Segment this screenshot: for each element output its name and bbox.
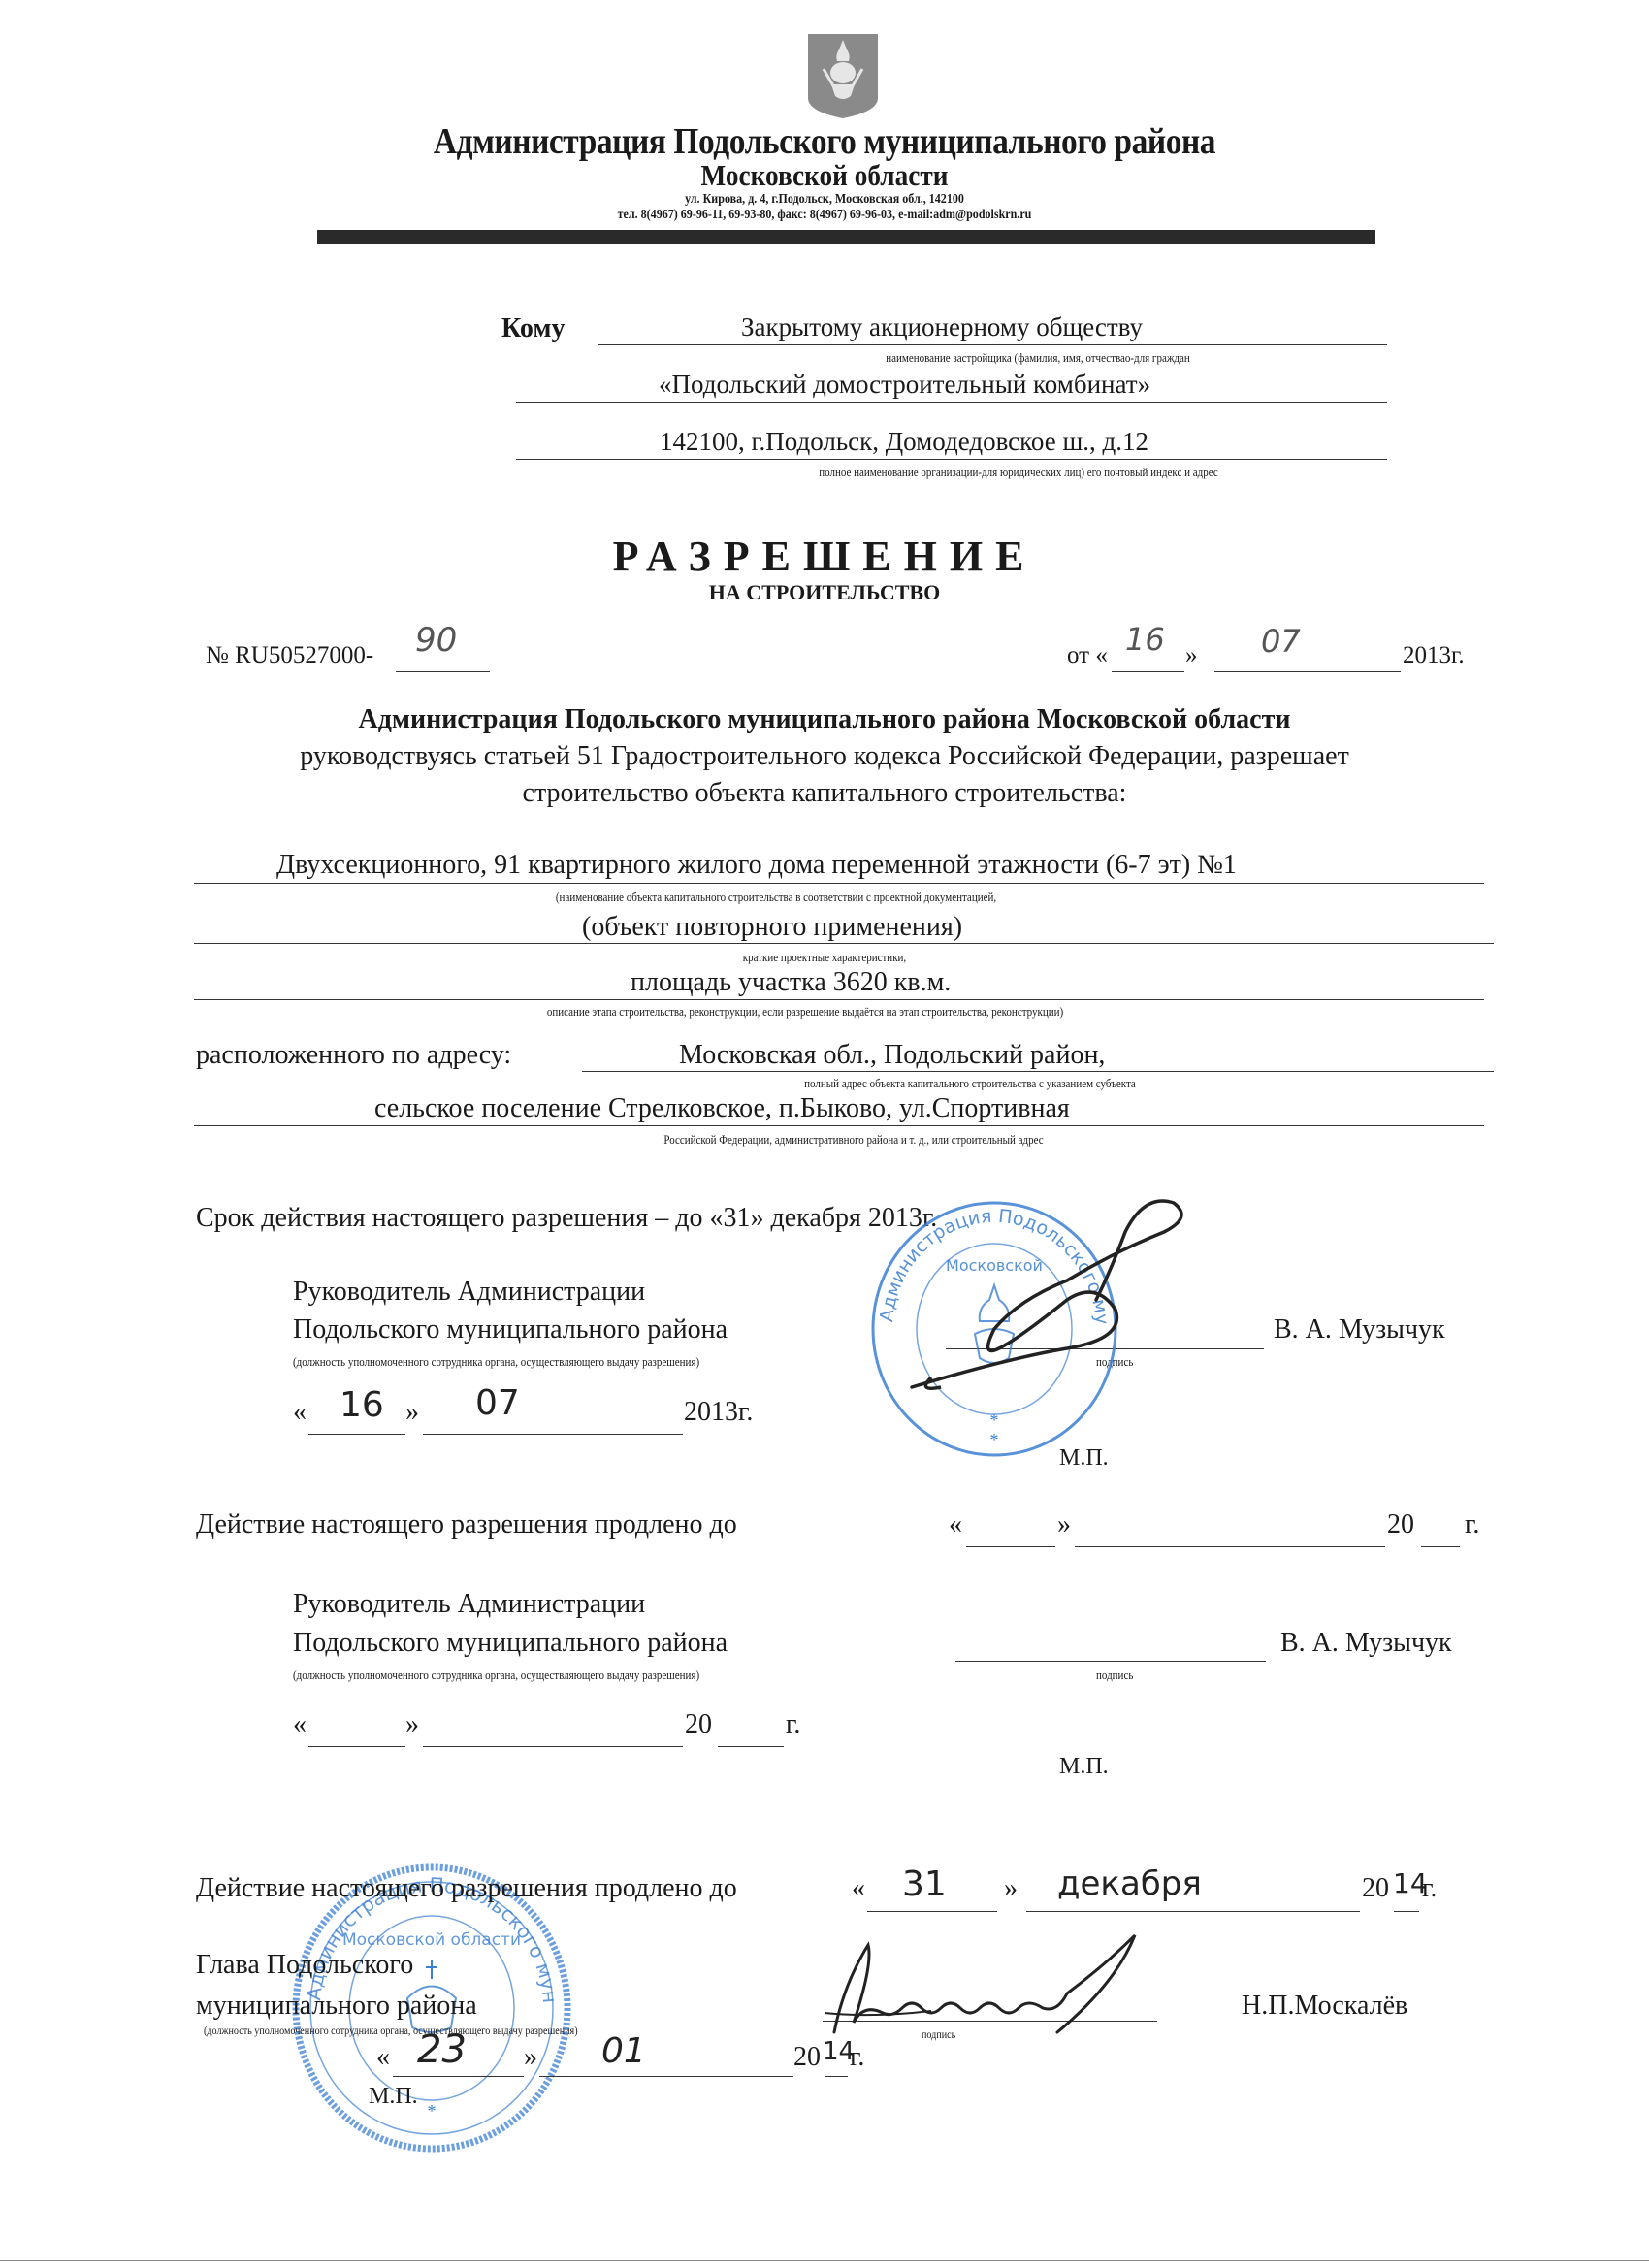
sig1-date-day: 16 bbox=[339, 1385, 384, 1425]
validity-text: Срок действия настоящего разрешения – до… bbox=[196, 1203, 937, 1234]
ext1-position-caption: (должность уполномоченного сотрудника ор… bbox=[293, 1669, 699, 1683]
permit-date-mid: » bbox=[1185, 642, 1198, 669]
object-area: площадь участка 3620 кв.м. bbox=[630, 967, 951, 998]
sig1-position-line1: Руководитель Администрации bbox=[293, 1277, 645, 1308]
ext1-year-prefix: 20 bbox=[1387, 1509, 1414, 1540]
permit-date-year: 2013г. bbox=[1403, 642, 1465, 669]
ext2-year-underline bbox=[1394, 1911, 1419, 1912]
letterhead-address: ул. Кирова, д. 4, г.Подольск, Московская… bbox=[115, 192, 1534, 208]
permit-date-month: 07 bbox=[1261, 623, 1301, 660]
object-address1-underline bbox=[582, 1071, 1494, 1072]
document-title: РАЗРЕШЕНИЕ bbox=[0, 532, 1649, 581]
ext2-signer-name: Н.П.Москалёв bbox=[1242, 1991, 1407, 2022]
ext2-date-open: « bbox=[852, 1873, 865, 1904]
svg-text:*: * bbox=[428, 2101, 436, 2121]
object-address1: Московская обл., Подольский район, bbox=[679, 1040, 1105, 1071]
ext1-sign-date-month-field[interactable] bbox=[423, 1746, 683, 1747]
permit-number-handwritten: 90 bbox=[415, 621, 457, 660]
ext2-date-month: декабря bbox=[1057, 1864, 1202, 1903]
ext1-date-day-field[interactable] bbox=[966, 1546, 1055, 1547]
handwritten-signature-2 bbox=[815, 1926, 1203, 2061]
sig1-date-year: 2013г. bbox=[684, 1397, 753, 1428]
ext1-sign-date-open: « bbox=[293, 1709, 307, 1740]
sig1-date-close: » bbox=[405, 1397, 419, 1428]
ext2-position-caption: (должность уполномоченного сотрудника ор… bbox=[204, 2025, 578, 2037]
object-area-underline bbox=[194, 999, 1484, 1000]
permit-number-prefix: № RU50527000- bbox=[206, 642, 373, 669]
object-name-caption: (наименование объекта капитального строи… bbox=[349, 891, 1203, 905]
letterhead-title: Администрация Подольского муниципального… bbox=[99, 120, 1550, 163]
recipient-line3-underline bbox=[516, 459, 1387, 460]
svg-text:*: * bbox=[990, 1430, 999, 1449]
sig1-signer-name: В. А. Музычук bbox=[1274, 1314, 1445, 1345]
ext1-sign-year-suffix: г. bbox=[786, 1709, 800, 1740]
ext1-sign-date-day-field[interactable] bbox=[308, 1746, 405, 1747]
recipient-line1-underline bbox=[598, 344, 1387, 345]
object-address2: сельское поселение Стрелковское, п.Быков… bbox=[374, 1093, 1070, 1124]
ext2-sign-date-open: « bbox=[376, 2042, 390, 2073]
permit-number-underline bbox=[396, 671, 490, 672]
sig1-position-caption: (должность уполномоченного сотрудника ор… bbox=[293, 1355, 699, 1370]
object-characteristics: (объект повторного применения) bbox=[582, 912, 962, 943]
ext2-sign-year-underline bbox=[824, 2076, 848, 2077]
ext2-date-month-underline bbox=[1026, 1911, 1360, 1912]
permit-date-day-underline bbox=[1112, 671, 1184, 672]
recipient-line2: «Подольский домостроительный комбинат» bbox=[659, 370, 1150, 400]
object-characteristics-caption: краткие проектные характеристики, bbox=[526, 951, 1123, 965]
ext2-position-line2: муниципального района bbox=[196, 1991, 477, 2022]
ext1-date-open: « bbox=[949, 1509, 962, 1540]
permit-date-prefix: от « bbox=[1067, 642, 1108, 669]
permit-date-day: 16 bbox=[1125, 621, 1165, 658]
letterhead-divider bbox=[317, 230, 1375, 244]
ext2-year-suffix: г. bbox=[1422, 1873, 1437, 1904]
page-bottom-edge bbox=[0, 2260, 1649, 2261]
svg-text:Московской области: Московской области bbox=[342, 1930, 521, 1950]
issuing-authority: Администрация Подольского муниципального… bbox=[0, 704, 1649, 735]
letterhead-subtitle: Московской области bbox=[99, 158, 1550, 193]
recipient-caption1: наименование застройщика (фамилия, имя, … bbox=[739, 351, 1337, 366]
ext1-signer-name: В. А. Музычук bbox=[1280, 1628, 1452, 1659]
ext1-year-field[interactable] bbox=[1421, 1546, 1460, 1547]
object-address-label: расположенного по адресу: bbox=[196, 1040, 511, 1071]
preamble-line3: строительство объекта капитального строи… bbox=[0, 778, 1649, 809]
handwritten-signature-1 bbox=[873, 1193, 1242, 1416]
sig1-date-month-underline bbox=[423, 1434, 683, 1435]
ext2-text: Действие настоящего разрешения продлено … bbox=[196, 1873, 737, 1904]
object-area-caption: описание этапа строительства, реконструк… bbox=[336, 1005, 1275, 1020]
ext1-text: Действие настоящего разрешения продлено … bbox=[196, 1509, 737, 1540]
sig1-position-line2: Подольского муниципального района bbox=[293, 1314, 727, 1345]
ext1-year-suffix: г. bbox=[1465, 1509, 1479, 1540]
ext2-date-day-underline bbox=[867, 1911, 997, 1912]
object-characteristics-underline bbox=[194, 943, 1494, 944]
ext1-sign-date-close: » bbox=[405, 1709, 419, 1740]
preamble-line2: руководствуясь статьей 51 Градостроитель… bbox=[0, 741, 1649, 772]
object-address2-underline bbox=[194, 1125, 1484, 1126]
recipient-line1: Закрытому акционерному обществу bbox=[741, 312, 1143, 342]
ext1-sign-year-field[interactable] bbox=[718, 1746, 784, 1747]
ext1-signature-caption: подпись bbox=[1096, 1669, 1133, 1683]
ext2-year-prefix: 20 bbox=[1362, 1873, 1389, 1904]
recipient-line2-underline bbox=[516, 402, 1387, 403]
ext2-sign-date-day: 23 bbox=[417, 2027, 467, 2072]
ext1-signature-field[interactable] bbox=[955, 1661, 1266, 1662]
letterhead-contacts: тел. 8(4967) 69-96-11, 69-93-80, факс: 8… bbox=[115, 208, 1534, 223]
sig1-date-open: « bbox=[293, 1397, 307, 1428]
ext1-position-line2: Подольского муниципального района bbox=[293, 1628, 727, 1659]
sig1-date-month: 07 bbox=[475, 1383, 520, 1423]
ext1-date-month-field[interactable] bbox=[1075, 1546, 1385, 1547]
ext2-sign-date-month: 01 bbox=[601, 2031, 646, 2071]
object-name: Двухсекционного, 91 квартирного жилого д… bbox=[276, 850, 1237, 881]
recipient-label: Кому bbox=[501, 313, 565, 344]
permit-date-month-underline bbox=[1214, 671, 1401, 672]
ext2-date-close: » bbox=[1004, 1873, 1018, 1904]
recipient-line3: 142100, г.Подольск, Домодедовское ш., д.… bbox=[660, 427, 1148, 457]
object-address2-caption: Российской Федерации, административного … bbox=[580, 1133, 1126, 1148]
sig1-date-day-underline bbox=[308, 1434, 405, 1435]
ext2-position-line1: Глава Подольского bbox=[196, 1950, 413, 1981]
coat-of-arms-icon bbox=[806, 32, 880, 119]
ext2-date-day: 31 bbox=[902, 1864, 947, 1904]
object-name-underline bbox=[194, 883, 1484, 884]
ext1-sign-year-prefix: 20 bbox=[685, 1709, 712, 1740]
ext1-position-line1: Руководитель Администрации bbox=[293, 1589, 645, 1620]
ext2-seal-label: М.П. bbox=[369, 2084, 418, 2110]
ext2-sign-date-close: » bbox=[524, 2042, 537, 2073]
document-subtitle: НА СТРОИТЕЛЬСТВО bbox=[0, 580, 1649, 605]
ext1-date-close: » bbox=[1057, 1509, 1071, 1540]
recipient-caption3: полное наименование организации-для юрид… bbox=[702, 466, 1334, 480]
object-address1-caption: полный адрес объекта капитального строит… bbox=[714, 1077, 1226, 1091]
ext2-sign-date-day-underline bbox=[393, 2076, 524, 2077]
ext2-sign-date-month-underline bbox=[539, 2076, 793, 2077]
ext1-seal-label: М.П. bbox=[1059, 1754, 1109, 1780]
